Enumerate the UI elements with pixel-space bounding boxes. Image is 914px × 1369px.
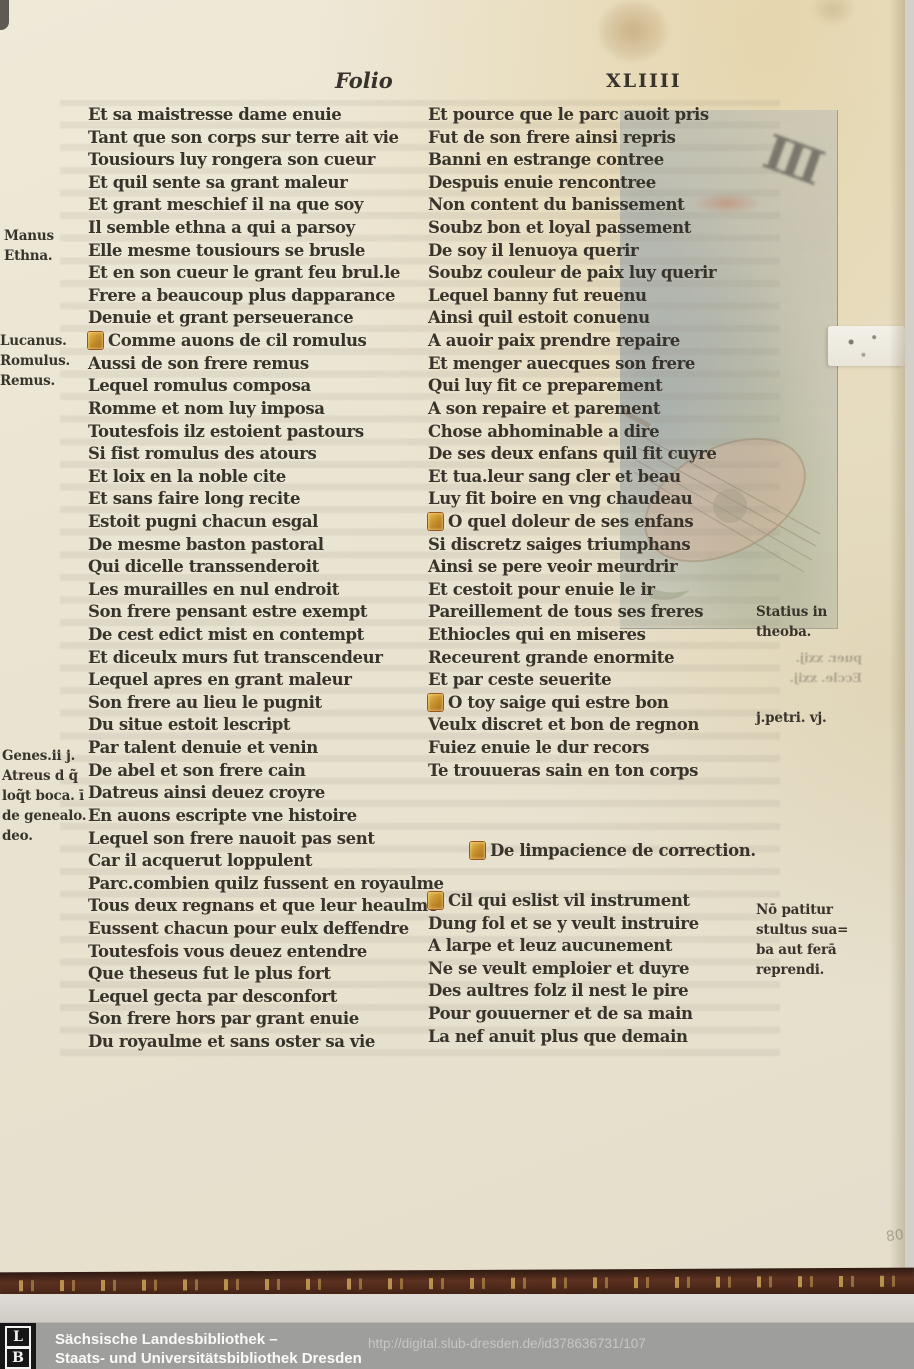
text-line: Il semble ethna a qui a parsoy (88, 217, 438, 240)
text-line: De abel et son frere cain (88, 760, 438, 783)
text-line: O toy saige qui estre bon (428, 692, 768, 715)
text-line: Te trouueras sain en ton corps (428, 760, 768, 783)
text-line: Son frere pensant estre exempt (88, 601, 438, 624)
gold-capitulum-mark (470, 842, 485, 859)
text-line: Lequel banny fut reuenu (428, 285, 768, 308)
text-line: De soy il lenuoya querir (428, 240, 768, 263)
text-line: Lequel son frere nauoit pas sent (88, 828, 438, 851)
text-line: Statius in (756, 602, 906, 622)
text-column-right-lower: Cil qui eslist vil instrumentDung fol et… (428, 890, 768, 1048)
gold-capitulum-mark (428, 892, 443, 909)
text-line: Car il acquerut loppulent (88, 850, 438, 873)
text-line: Non content du banissement (428, 194, 768, 217)
text-line: En auons escripte vne histoire (88, 805, 438, 828)
folio-number: XLIIII (606, 70, 682, 92)
text-line: De mesme baston pastoral (88, 534, 438, 557)
text-line: Toutesfois ilz estoient pastours (88, 421, 438, 444)
text-line-content: O quel doleur de ses enfans (448, 512, 693, 531)
text-line: Ainsi se pere veoir meurdrir (428, 556, 768, 579)
text-line: Si discretz saiges triumphans (428, 534, 768, 557)
text-line: Et loix en la noble cite (88, 466, 438, 489)
marginal-note-lucanus: Lucanus.Romulus.Remus. (0, 331, 86, 391)
text-line: loq̃t boca. ī (2, 786, 88, 806)
text-line: Lequel apres en grant maleur (88, 669, 438, 692)
text-line: Frere a beaucoup plus dapparance (88, 285, 438, 308)
text-line: stultus sua= (756, 920, 906, 940)
repair-patch (828, 326, 905, 366)
text-line: j.petri. vj. (756, 708, 906, 728)
text-line: Pareillement de tous ses freres (428, 601, 768, 624)
text-line: Genes.ii j. (2, 746, 88, 766)
text-line: Manus (4, 226, 90, 246)
text-line-content: De limpacience de correction. (490, 841, 756, 860)
text-line: de genealo. (2, 806, 88, 826)
text-line: Soubz bon et loyal passement (428, 217, 768, 240)
text-line: Fut de son frere ainsi repris (428, 127, 768, 150)
text-line: reprendi. (756, 960, 906, 980)
text-line: Et sa maistresse dame enuie (88, 104, 438, 127)
text-line: Que theseus fut le plus fort (88, 963, 438, 986)
text-line: Du royaulme et sans oster sa vie (88, 1031, 438, 1054)
text-line: Dung fol et se y veult instruire (428, 913, 768, 936)
text-line: Et sans faire long recite (88, 488, 438, 511)
text-line: Chose abhominable a dire (428, 421, 768, 444)
text-line: Ainsi quil estoit conuenu (428, 307, 768, 330)
text-column-left: Et sa maistresse dame enuieTant que son … (88, 104, 438, 1054)
text-line: De cest edict mist en contempt (88, 624, 438, 647)
folio-label: Folio (335, 68, 393, 93)
pencil-folio-number: 80 (885, 1227, 905, 1245)
text-line: Ethiocles qui en miseres (428, 624, 768, 647)
text-line: Estoit pugni chacun esgal (88, 511, 438, 534)
text-line: Eussent chacun pour eulx deffendre (88, 918, 438, 941)
slub-logo: L B (0, 1323, 36, 1369)
text-line: Tant que son corps sur terre ait vie (88, 127, 438, 150)
page-stain-small (810, 0, 856, 26)
text-line: Soubz couleur de paix luy querir (428, 262, 768, 285)
text-line: Son frere au lieu le pugnit (88, 692, 438, 715)
page-stain (598, 0, 668, 62)
text-line: Si fist romulus des atours (88, 443, 438, 466)
text-line: Datreus ainsi deuez croyre (88, 782, 438, 805)
text-line: Cil qui eslist vil instrument (428, 890, 768, 913)
marginal-note-ethna: ManusEthna. (4, 226, 90, 266)
text-line: Denuie et grant perseuerance (88, 307, 438, 330)
text-line: Lequel gecta par desconfort (88, 986, 438, 1009)
text-line: De ses deux enfans quil fit cuyre (428, 443, 768, 466)
text-column-right-upper: Et pource que le parc auoit prisFut de s… (428, 104, 768, 782)
text-line: O quel doleur de ses enfans (428, 511, 768, 534)
bleedthrough-note: puer. xxij.Eccle. xxij. (752, 648, 862, 688)
text-line: Et cestoit pour enuie le ir (428, 579, 768, 602)
text-line: Ethna. (4, 246, 90, 266)
text-line: Despuis enuie rencontree (428, 172, 768, 195)
text-line: Comme auons de cil romulus (88, 330, 438, 353)
logo-letter-b: B (5, 1347, 31, 1369)
text-line: Nō patitur (756, 900, 906, 920)
text-line: A larpe et leuz aucunement (428, 935, 768, 958)
text-line: Romme et nom luy imposa (88, 398, 438, 421)
section-heading: De limpacience de correction. (470, 840, 770, 863)
text-line: Qui dicelle transsenderoit (88, 556, 438, 579)
text-line: Fuiez enuie le dur recors (428, 737, 768, 760)
text-line: Ne se veult emploier et duyre (428, 958, 768, 981)
cloth-background (0, 1294, 914, 1322)
text-line: Parc.combien quilz fussent en royaulme (88, 873, 438, 896)
library-name: Sächsische Landesbibliothek – Staats- un… (55, 1330, 362, 1368)
text-line: deo. (2, 826, 88, 846)
corner-dark-mark (0, 0, 9, 30)
text-line: Et en son cueur le grant feu brul.le (88, 262, 438, 285)
marginal-note-petri: j.petri. vj. (756, 708, 906, 728)
text-line: A son repaire et parement (428, 398, 768, 421)
document-url: http://digital.slub-dresden.de/id3786367… (368, 1336, 646, 1351)
text-line: Veulx discret et bon de regnon (428, 714, 768, 737)
text-line-content: Cil qui eslist vil instrument (448, 891, 690, 910)
text-line-content: O toy saige qui estre bon (448, 693, 669, 712)
text-line: Du situe estoit lescript (88, 714, 438, 737)
digitized-page-view: III Folio XLIIII Et sa maistresse dame e… (0, 0, 914, 1369)
text-line: Remus. (0, 371, 86, 391)
text-line: Qui luy fit ce preparement (428, 375, 768, 398)
text-line-content: Comme auons de cil romulus (108, 331, 366, 350)
gold-capitulum-mark (428, 694, 443, 711)
gold-capitulum-mark (88, 332, 103, 349)
text-line: Pour gouuerner et de sa main (428, 1003, 768, 1026)
text-line: Luy fit boire en vng chaudeau (428, 488, 768, 511)
text-line: ba aut ferā (756, 940, 906, 960)
text-line: Toutesfois vous deuez entendre (88, 941, 438, 964)
text-line: Banni en estrange contree (428, 149, 768, 172)
text-line: Receurent grande enormite (428, 647, 768, 670)
text-line: Et par ceste seuerite (428, 669, 768, 692)
text-line: Elle mesme tousiours se brusle (88, 240, 438, 263)
text-line: Les murailles en nul endroit (88, 579, 438, 602)
gold-capitulum-mark (428, 513, 443, 530)
text-line: Par talent denuie et venin (88, 737, 438, 760)
manuscript-page: III Folio XLIIII Et sa maistresse dame e… (0, 0, 905, 1272)
library-name-line2: Staats- und Universitätsbibliothek Dresd… (55, 1349, 362, 1368)
text-line: Lequel romulus composa (88, 375, 438, 398)
text-line: A auoir paix prendre repaire (428, 330, 768, 353)
text-line: Tousiours luy rongera son cueur (88, 149, 438, 172)
text-line: Eccle. xxij. (752, 668, 862, 688)
text-line: Romulus. (0, 351, 86, 371)
text-line: Son frere hors par grant enuie (88, 1008, 438, 1031)
text-line: puer. xxij. (752, 648, 862, 668)
gilt-tooling (6, 1276, 910, 1292)
text-line: Tous deux regnans et que leur heaulme (88, 895, 438, 918)
library-name-line1: Sächsische Landesbibliothek – (55, 1330, 362, 1349)
text-line: Lucanus. (0, 331, 86, 351)
text-line: Et quil sente sa grant maleur (88, 172, 438, 195)
text-line: Aussi de son frere remus (88, 353, 438, 376)
text-line: theoba. (756, 622, 906, 642)
text-line: Et menger auecques son frere (428, 353, 768, 376)
text-line: Et tua.leur sang cler et beau (428, 466, 768, 489)
library-footer-bar: L B Sächsische Landesbibliothek – Staats… (0, 1322, 914, 1369)
text-line: Et grant meschief il na que soy (88, 194, 438, 217)
text-line: La nef anuit plus que demain (428, 1026, 768, 1049)
text-line: Et pource que le parc auoit pris (428, 104, 768, 127)
text-line: Des aultres folz il nest le pire (428, 980, 768, 1003)
marginal-note-non-patitur: Nō patiturstultus sua=ba aut ferāreprend… (756, 900, 906, 980)
text-line: Atreus d q̃ (2, 766, 88, 786)
text-line: De limpacience de correction. (470, 840, 770, 863)
marginal-note-genesis: Genes.ii j.Atreus d q̃loq̃t boca. īde ge… (2, 746, 88, 846)
logo-letter-l: L (5, 1326, 31, 1348)
text-line: Et diceulx murs fut transcendeur (88, 647, 438, 670)
marginal-note-statius: Statius intheoba. (756, 602, 906, 642)
